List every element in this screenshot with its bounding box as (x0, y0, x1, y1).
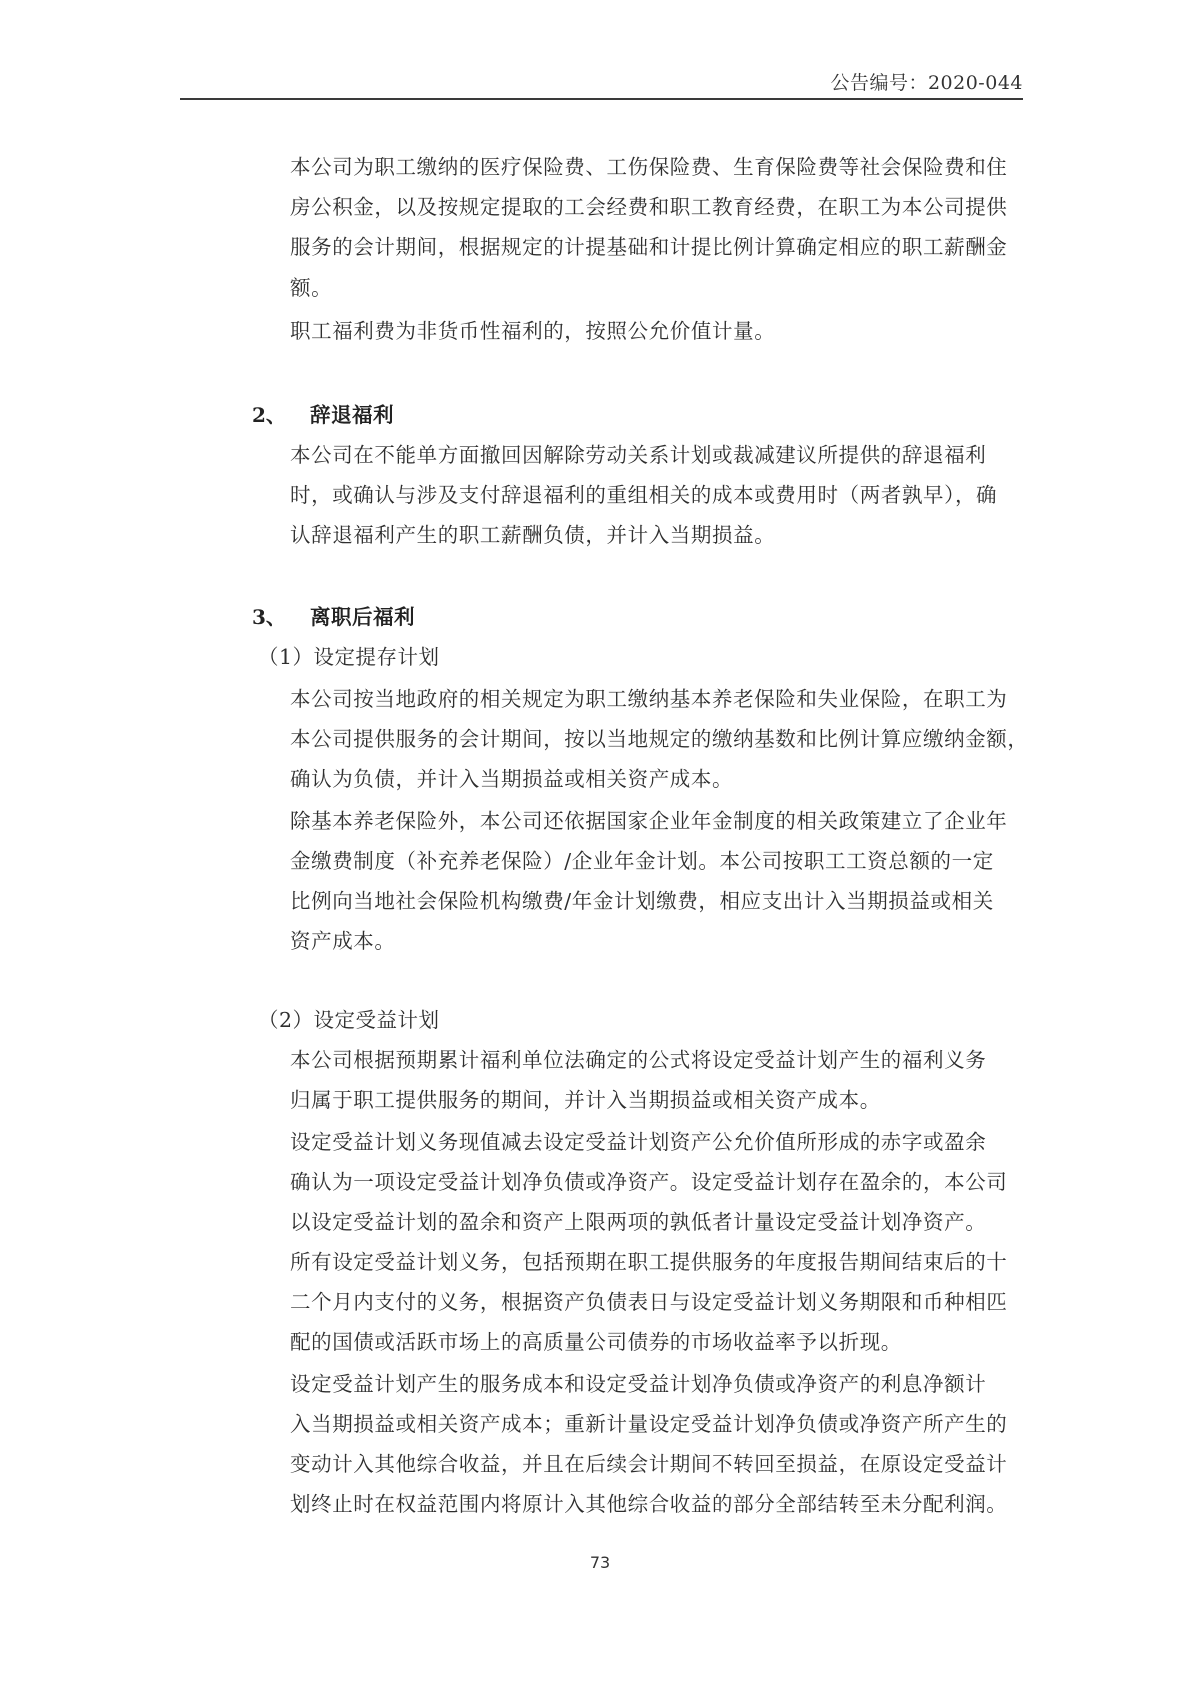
text-line: 配的国债或活跃市场上的高质量公司债券的市场收益率予以折现。 (290, 1330, 1030, 1354)
text-line: 所有设定受益计划义务，包括预期在职工提供服务的年度报告期间结束后的十 (290, 1250, 1030, 1274)
text-line: 本公司按当地政府的相关规定为职工缴纳基本养老保险和失业保险，在职工为 (290, 687, 1030, 711)
text-line: 入当期损益或相关资产成本；重新计量设定受益计划净负债或净资产所产生的 (290, 1412, 1030, 1436)
text-line: 二个月内支付的义务，根据资产负债表日与设定受益计划义务期限和币种相匹 (290, 1290, 1030, 1314)
section-number: 2、 (252, 403, 286, 427)
text-line: 设定受益计划义务现值减去设定受益计划资产公允价值所形成的赤字或盈余 (290, 1130, 1030, 1154)
text-line: 时，或确认与涉及支付辞退福利的重组相关的成本或费用时（两者孰早），确 (290, 483, 1030, 507)
text-line: 确认为负债，并计入当期损益或相关资产成本。 (290, 767, 1030, 791)
page-number: 73 (0, 1553, 1200, 1572)
text-line: 额。 (290, 276, 1030, 300)
text-line: 设定受益计划产生的服务成本和设定受益计划净负债或净资产的利息净额计 (290, 1372, 1030, 1396)
page-header: 公告编号：2020-044 (180, 62, 1023, 98)
text-line: 认辞退福利产生的职工薪酬负债，并计入当期损益。 (290, 523, 1030, 547)
text-line: 本公司为职工缴纳的医疗保险费、工伤保险费、生育保险费等社会保险费和住 (290, 155, 1030, 179)
section-number: 3、 (252, 605, 286, 629)
announcement-number: 公告编号：2020-044 (830, 68, 1023, 95)
text-line: 本公司在不能单方面撤回因解除劳动关系计划或裁减建议所提供的辞退福利 (290, 443, 1030, 467)
header-divider (180, 98, 1023, 100)
section-title: 离职后福利 (310, 605, 415, 629)
text-line: 服务的会计期间，根据规定的计提基础和计提比例计算确定相应的职工薪酬金 (290, 235, 1030, 259)
text-line: 职工福利费为非货币性福利的，按照公允价值计量。 (290, 319, 1030, 343)
text-line: 以设定受益计划的盈余和资产上限两项的孰低者计量设定受益计划净资产。 (290, 1210, 1030, 1234)
section-title: 辞退福利 (310, 403, 394, 427)
text-line: 比例向当地社会保险机构缴费/年金计划缴费，相应支出计入当期损益或相关 (290, 889, 1030, 913)
text-line: 金缴费制度（补充养老保险）/企业年金计划。本公司按职工工资总额的一定 (290, 849, 1030, 873)
text-line: 资产成本。 (290, 929, 1030, 953)
text-line: 划终止时在权益范围内将原计入其他综合收益的部分全部结转至未分配利润。 (290, 1492, 1030, 1516)
subsection-title: （2）设定受益计划 (258, 1008, 440, 1032)
text-line: 除基本养老保险外，本公司还依据国家企业年金制度的相关政策建立了企业年 (290, 809, 1030, 833)
text-line: 归属于职工提供服务的期间，并计入当期损益或相关资产成本。 (290, 1088, 1030, 1112)
text-line: 本公司根据预期累计福利单位法确定的公式将设定受益计划产生的福利义务 (290, 1048, 1030, 1072)
subsection-title: （1）设定提存计划 (258, 645, 440, 669)
text-line: 本公司提供服务的会计期间，按以当地规定的缴纳基数和比例计算应缴纳金额， (290, 727, 1030, 751)
text-line: 房公积金，以及按规定提取的工会经费和职工教育经费，在职工为本公司提供 (290, 195, 1030, 219)
text-line: 变动计入其他综合收益，并且在后续会计期间不转回至损益，在原设定受益计 (290, 1452, 1030, 1476)
text-line: 确认为一项设定受益计划净负债或净资产。设定受益计划存在盈余的，本公司 (290, 1170, 1030, 1194)
